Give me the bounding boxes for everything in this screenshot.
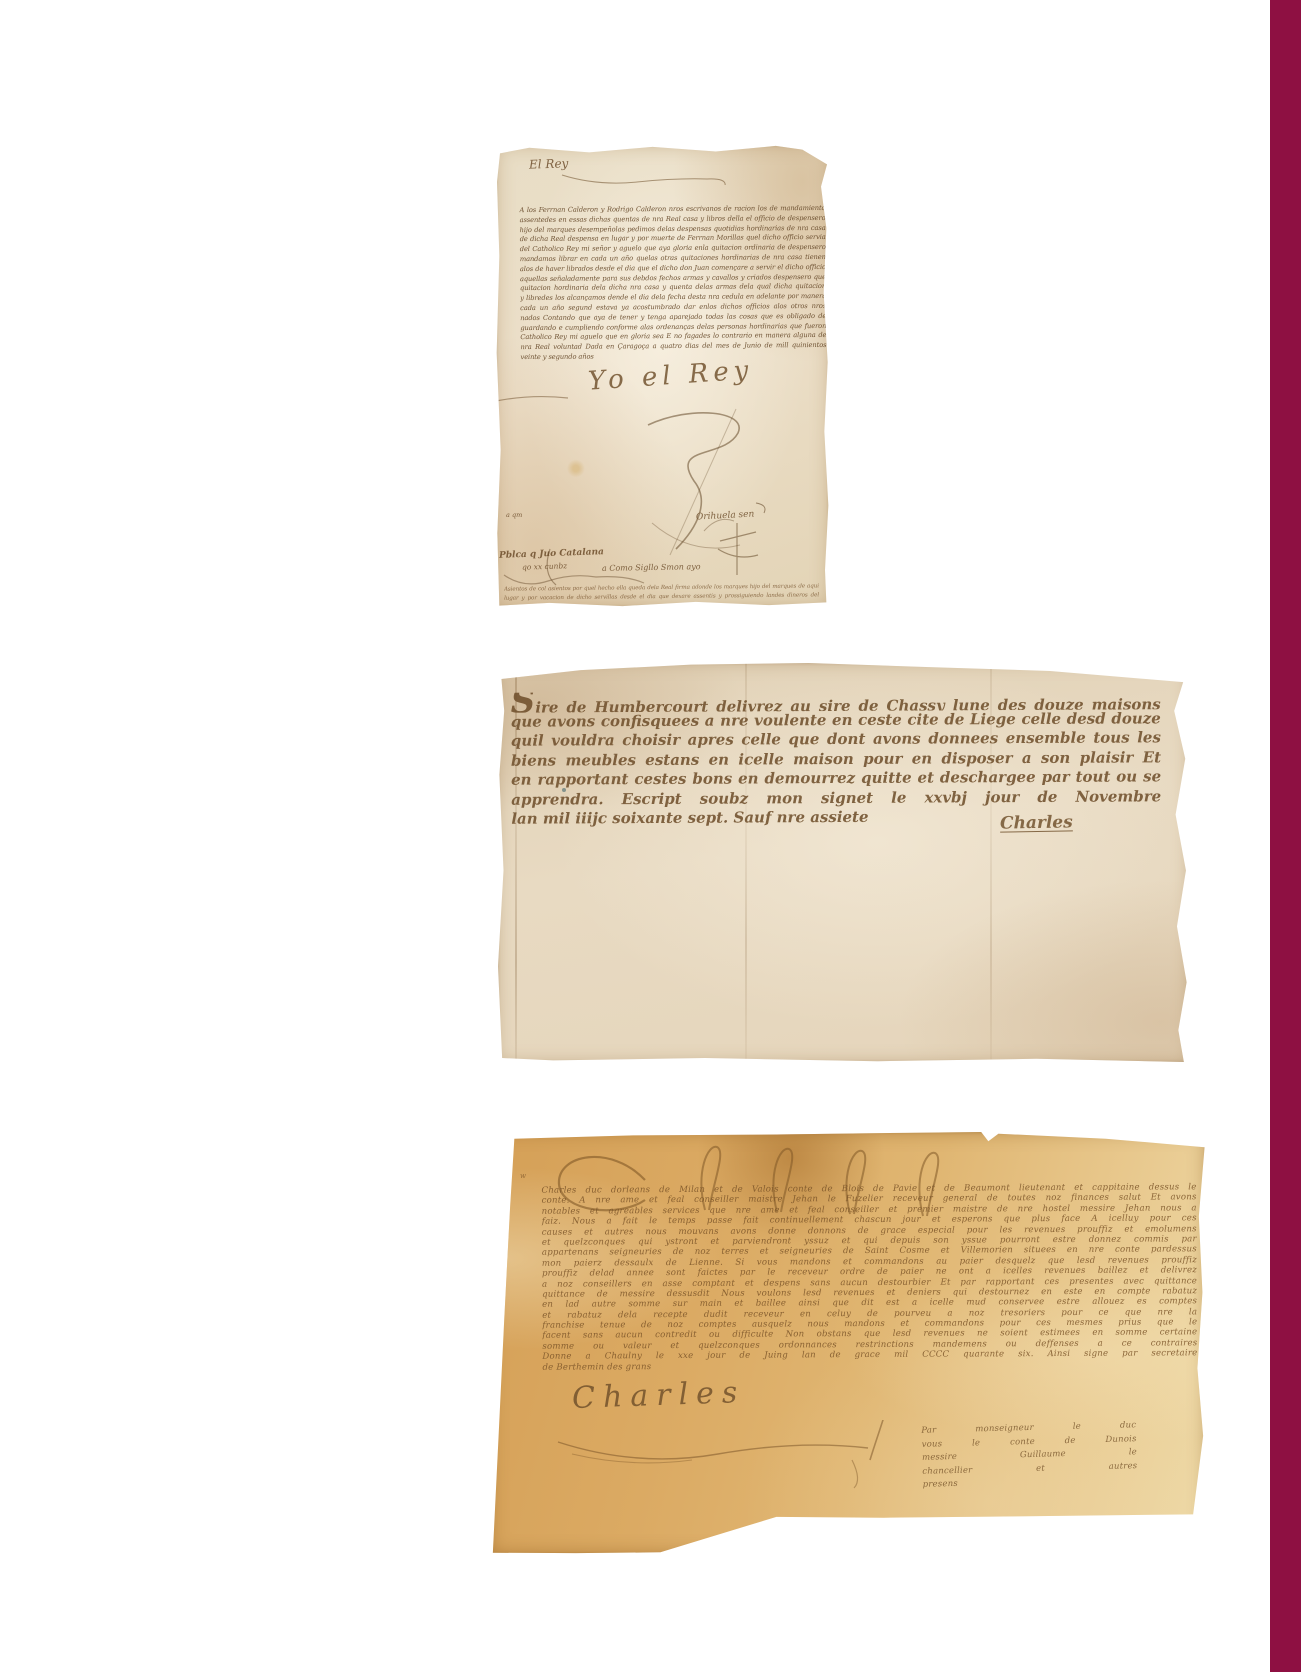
docket-lines: Asientos de col asientos por quel hecho … xyxy=(504,582,819,602)
humbercourt-order-document: Sire de Humbercourt delivrez au sire de … xyxy=(498,663,1188,1062)
royal-letter-document: El Rey A los Ferrnan Calderon y Rodrigo … xyxy=(496,145,829,607)
left-margin-dash xyxy=(496,393,568,405)
body-line: Sire de Humbercourt delivrez au sire de … xyxy=(511,689,1161,712)
ink-speck xyxy=(562,788,566,792)
letter-body: A los Ferrnan Calderon y Rodrigo Caldero… xyxy=(519,204,826,363)
margin-mark: w xyxy=(520,1172,526,1180)
body-line: quil vouldra choisir apres celle que don… xyxy=(511,728,1161,751)
catalog-page: { "page": { "background": "#ffffff", "ac… xyxy=(0,0,1301,1672)
margin-mark: a qm xyxy=(506,511,522,519)
letter-body: Charles duc dorleans de Milan et de Valo… xyxy=(542,1182,1198,1372)
order-body: Sire de Humbercourt delivrez au sire de … xyxy=(511,689,1162,829)
body-line: en rapportant cestes bons en demourrez q… xyxy=(511,767,1161,790)
orleans-letter-document: w Charles duc dorleans de Milan et de Va… xyxy=(490,1132,1206,1554)
accent-bar xyxy=(1270,0,1301,1672)
place-note-cross-flourish xyxy=(702,501,772,579)
charles-signature: Charles xyxy=(1000,812,1073,833)
signature-paraph-flourish xyxy=(552,1420,892,1490)
chancery-line: a Como Sigllo Smon ayo xyxy=(602,562,701,573)
countersign-block: Par monseigneur le ducvous le conte de D… xyxy=(921,1419,1138,1492)
charles-signature: Charles xyxy=(571,1375,745,1416)
body-line: apprendra. Escript soubz mon signet le x… xyxy=(511,787,1161,810)
header-flourish xyxy=(558,163,728,185)
